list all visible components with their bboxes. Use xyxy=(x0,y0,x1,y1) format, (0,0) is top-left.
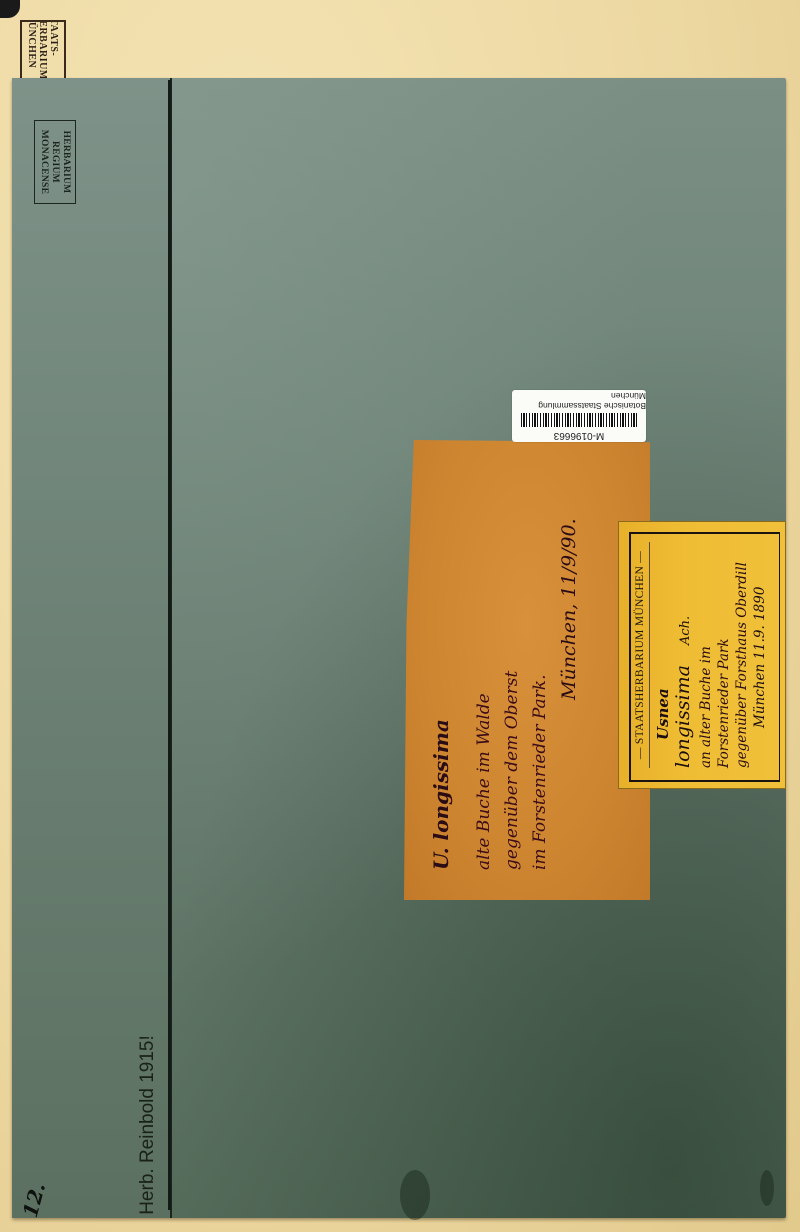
stamp-line: STAATS- xyxy=(49,20,60,56)
collector-label-date: München, 11/9/90. xyxy=(554,470,584,700)
herbarium-regium-stamp: HERBARIUM REGIUM MONACENSE xyxy=(34,120,76,204)
staats-herbarium-stamp: STAATS- HERBARIUM MÜNCHEN xyxy=(20,20,66,82)
herbarium-label-genus: Usnea xyxy=(654,542,672,740)
barcode-id: M-0196663 xyxy=(554,429,605,441)
herbarium-label-date: München 11.9. 1890 xyxy=(751,542,769,728)
herbarium-label-species: longissima Ach. xyxy=(672,542,697,768)
barcode-icon xyxy=(521,413,637,427)
collector-label-line: gegenüber dem Oberst xyxy=(498,470,526,870)
stamp-line: REGIUM xyxy=(50,141,61,183)
stamp-line: HERBARIUM xyxy=(38,20,49,80)
herbarium-label-locality: Forstenrieder Park xyxy=(715,542,733,768)
inscription-text: Herb. Reinbold 1915! xyxy=(136,1025,160,1225)
species-epithet: longissima xyxy=(672,665,694,768)
collector-label-line: im Forstenrieder Park. xyxy=(526,470,554,870)
stamp-line: HERBARIUM xyxy=(61,131,72,194)
stain xyxy=(400,1170,430,1220)
species-author: Ach. xyxy=(678,616,693,645)
herbarium-origin-inscription: Herb. Reinbold 1915! xyxy=(118,1030,178,1220)
barcode-caption: Botanische Staatssammlung München xyxy=(512,391,646,411)
stain xyxy=(760,1170,774,1206)
herbarium-label: — STAATSHERBARIUM MÜNCHEN — Usnea longis… xyxy=(619,522,785,788)
herbarium-label-locality: an alter Buche im xyxy=(697,542,715,768)
herbarium-label-header: — STAATSHERBARIUM MÜNCHEN — xyxy=(634,542,650,768)
folder-number: 12. xyxy=(14,1180,54,1220)
folder-number-text: 12. xyxy=(18,1180,50,1220)
stamp-line: MÜNCHEN xyxy=(27,20,38,68)
stamp-line: MONACENSE xyxy=(39,130,50,194)
collector-label: U. longissima alte Buche im Walde gegenü… xyxy=(404,440,650,900)
collector-label-line: alte Buche im Walde xyxy=(470,470,498,870)
herbarium-label-locality: gegenüber Forsthaus Oberdill xyxy=(733,542,751,768)
barcode-label: M-0196663 Botanische Staatssammlung Münc… xyxy=(512,390,646,442)
collector-label-species: U. longissima xyxy=(426,470,456,870)
